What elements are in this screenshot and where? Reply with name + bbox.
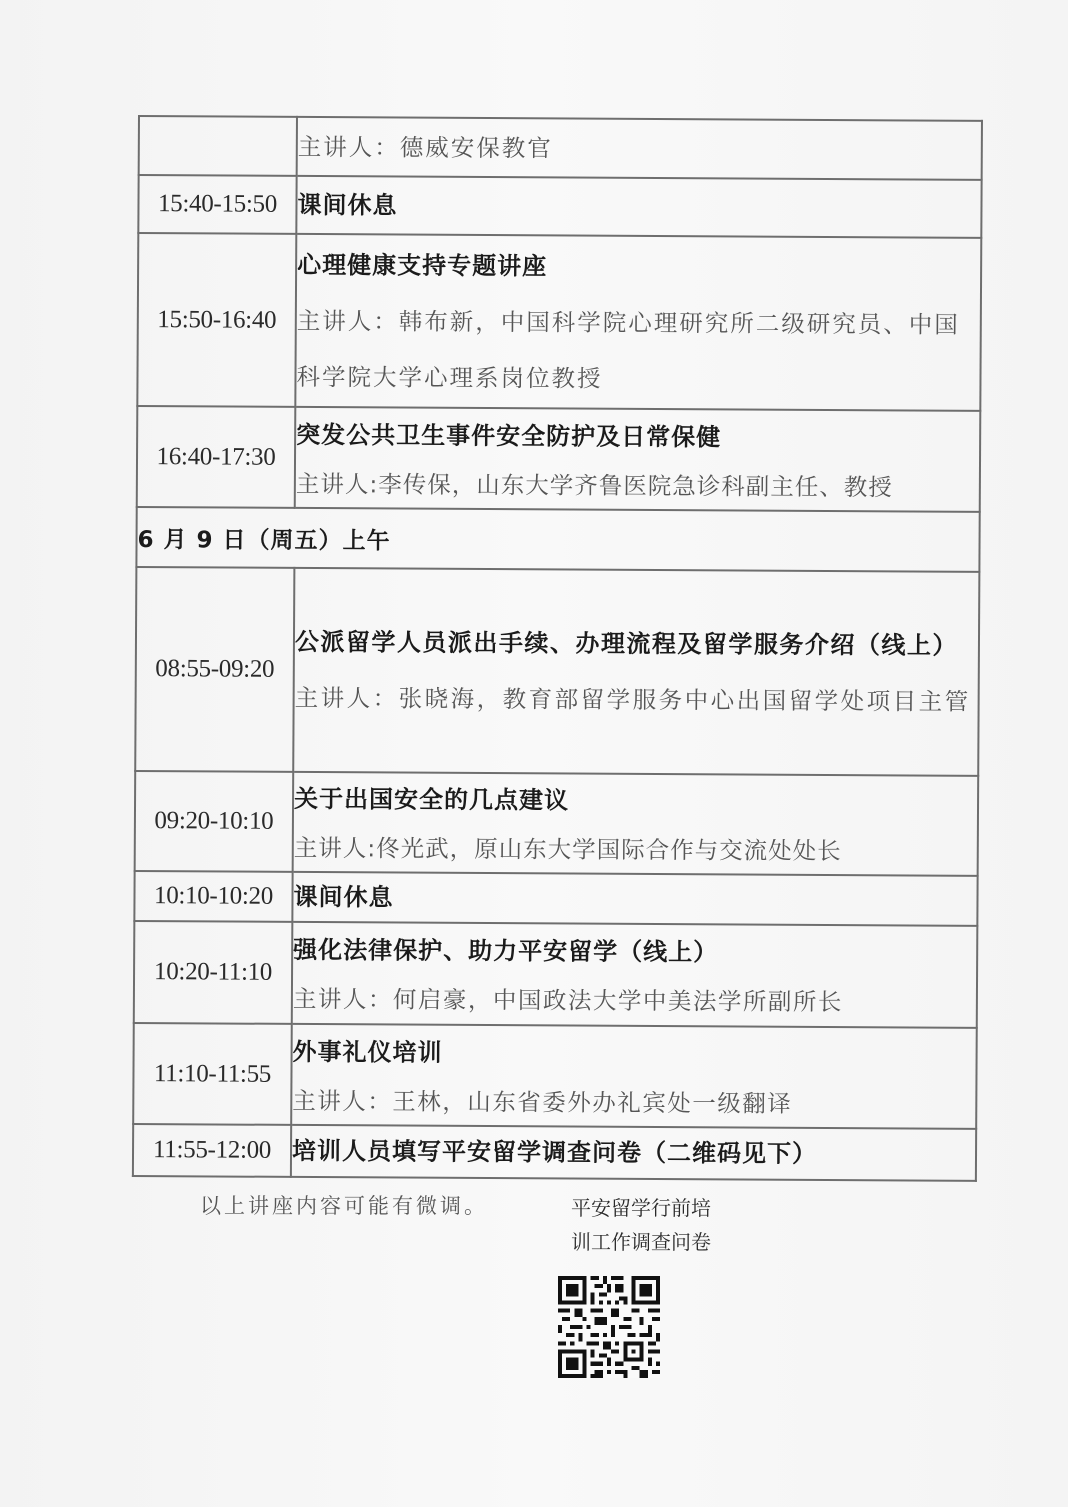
content-cell: 课间休息 <box>292 872 977 926</box>
adjustment-note: 以上讲座内容可能有微调。 <box>200 1190 488 1220</box>
content-cell: 培训人员填写平安留学调查问卷（二维码见下） <box>291 1125 976 1181</box>
session-title: 心理健康支持专题讲座 <box>297 236 980 296</box>
content-cell: 公派留学人员派出手续、办理流程及留学服务介绍（线上） 主讲人：张晓海，教育部留学… <box>293 568 979 776</box>
session-title: 课间休息 <box>293 874 976 924</box>
speaker-text: 主讲人:李传保，山东大学齐鲁医院急诊科副主任、教授 <box>296 460 979 510</box>
date-header: 6 月 9 日（周五）上午 <box>136 507 979 572</box>
content-cell: 强化法律保护、助力平安留学（线上） 主讲人：何启豪，中国政法大学中美法学所副所长 <box>292 922 978 1028</box>
table-row: 主讲人：德威安保教官 <box>139 116 982 180</box>
time-cell: 16:40-17:30 <box>137 406 296 508</box>
table-row: 15:40-15:50 课间休息 <box>138 175 981 238</box>
session-title: 突发公共卫生事件安全防护及日常保健 <box>296 408 979 464</box>
qr-caption-line: 训工作调查问卷 <box>511 1225 711 1259</box>
time-cell: 15:40-15:50 <box>138 175 296 234</box>
time-cell: 10:20-11:10 <box>134 921 293 1024</box>
time-cell: 15:50-16:40 <box>137 233 296 407</box>
session-title: 关于出国安全的几点建议 <box>294 773 977 829</box>
time-cell: 11:10-11:55 <box>133 1023 292 1125</box>
session-title: 公派留学人员派出手续、办理流程及留学服务介绍（线上） <box>295 614 978 674</box>
table-row: 11:55-12:00 培训人员填写平安留学调查问卷（二维码见下） <box>133 1124 976 1181</box>
table-row: 10:20-11:10 强化法律保护、助力平安留学（线上） 主讲人：何启豪，中国… <box>134 921 978 1028</box>
qr-code-icon[interactable] <box>558 1276 660 1378</box>
session-title: 强化法律保护、助力平安留学（线上） <box>293 924 976 980</box>
schedule-table: 主讲人：德威安保教官 15:40-15:50 课间休息 15:50-16:40 … <box>132 115 983 1182</box>
table-row: 11:10-11:55 外事礼仪培训 主讲人：王林，山东省委外办礼宾处一级翻译 <box>133 1023 977 1129</box>
time-cell: 09:20-10:10 <box>135 771 294 872</box>
speaker-text: 主讲人：何启豪，中国政法大学中美法学所副所长 <box>293 976 976 1026</box>
time-cell: 11:55-12:00 <box>133 1124 291 1177</box>
schedule-table-container: 主讲人：德威安保教官 15:40-15:50 课间休息 15:50-16:40 … <box>132 115 983 1182</box>
time-cell <box>139 116 297 176</box>
speaker-text: 主讲人:佟光武，原山东大学国际合作与交流处处长 <box>294 825 977 875</box>
time-cell: 08:55-09:20 <box>135 567 294 772</box>
speaker-text: 主讲人：王林，山东省委外办礼宾处一级翻译 <box>292 1077 975 1127</box>
table-row: 08:55-09:20 公派留学人员派出手续、办理流程及留学服务介绍（线上） 主… <box>135 567 979 776</box>
content-cell: 关于出国安全的几点建议 主讲人:佟光武，原山东大学国际合作与交流处处长 <box>293 772 979 876</box>
speaker-text: 主讲人：张晓海，教育部留学服务中心出国留学处项目主管 <box>294 670 977 730</box>
session-title: 培训人员填写平安留学调查问卷（二维码见下） <box>292 1128 975 1178</box>
time-cell: 10:10-10:20 <box>134 871 292 922</box>
session-title: 课间休息 <box>297 177 980 237</box>
content-cell: 课间休息 <box>296 176 981 238</box>
table-row: 09:20-10:10 关于出国安全的几点建议 主讲人:佟光武，原山东大学国际合… <box>135 771 979 876</box>
table-row: 15:50-16:40 心理健康支持专题讲座 主讲人：韩布新，中国科学院心理研究… <box>137 233 981 411</box>
content-cell: 主讲人：德威安保教官 <box>297 117 982 180</box>
table-row: 16:40-17:30 突发公共卫生事件安全防护及日常保健 主讲人:李传保，山东… <box>137 406 981 512</box>
date-header-row: 6 月 9 日（周五）上午 <box>136 507 979 572</box>
qr-caption-line: 平安留学行前培 <box>511 1191 711 1225</box>
content-cell: 外事礼仪培训 主讲人：王林，山东省委外办礼宾处一级翻译 <box>291 1024 977 1129</box>
content-cell: 心理健康支持专题讲座 主讲人：韩布新，中国科学院心理研究所二级研究员、中国科学院… <box>295 234 981 411</box>
speaker-text: 主讲人：德威安保教官 <box>298 118 981 178</box>
table-row: 10:10-10:20 课间休息 <box>134 871 977 926</box>
qr-caption: 平安留学行前培 训工作调查问卷 <box>511 1191 711 1259</box>
session-title: 外事礼仪培训 <box>292 1025 975 1081</box>
speaker-text: 主讲人：韩布新，中国科学院心理研究所二级研究员、中国科学院大学心理系岗位教授 <box>296 292 980 408</box>
content-cell: 突发公共卫生事件安全防护及日常保健 主讲人:李传保，山东大学齐鲁医院急诊科副主任… <box>295 407 981 512</box>
